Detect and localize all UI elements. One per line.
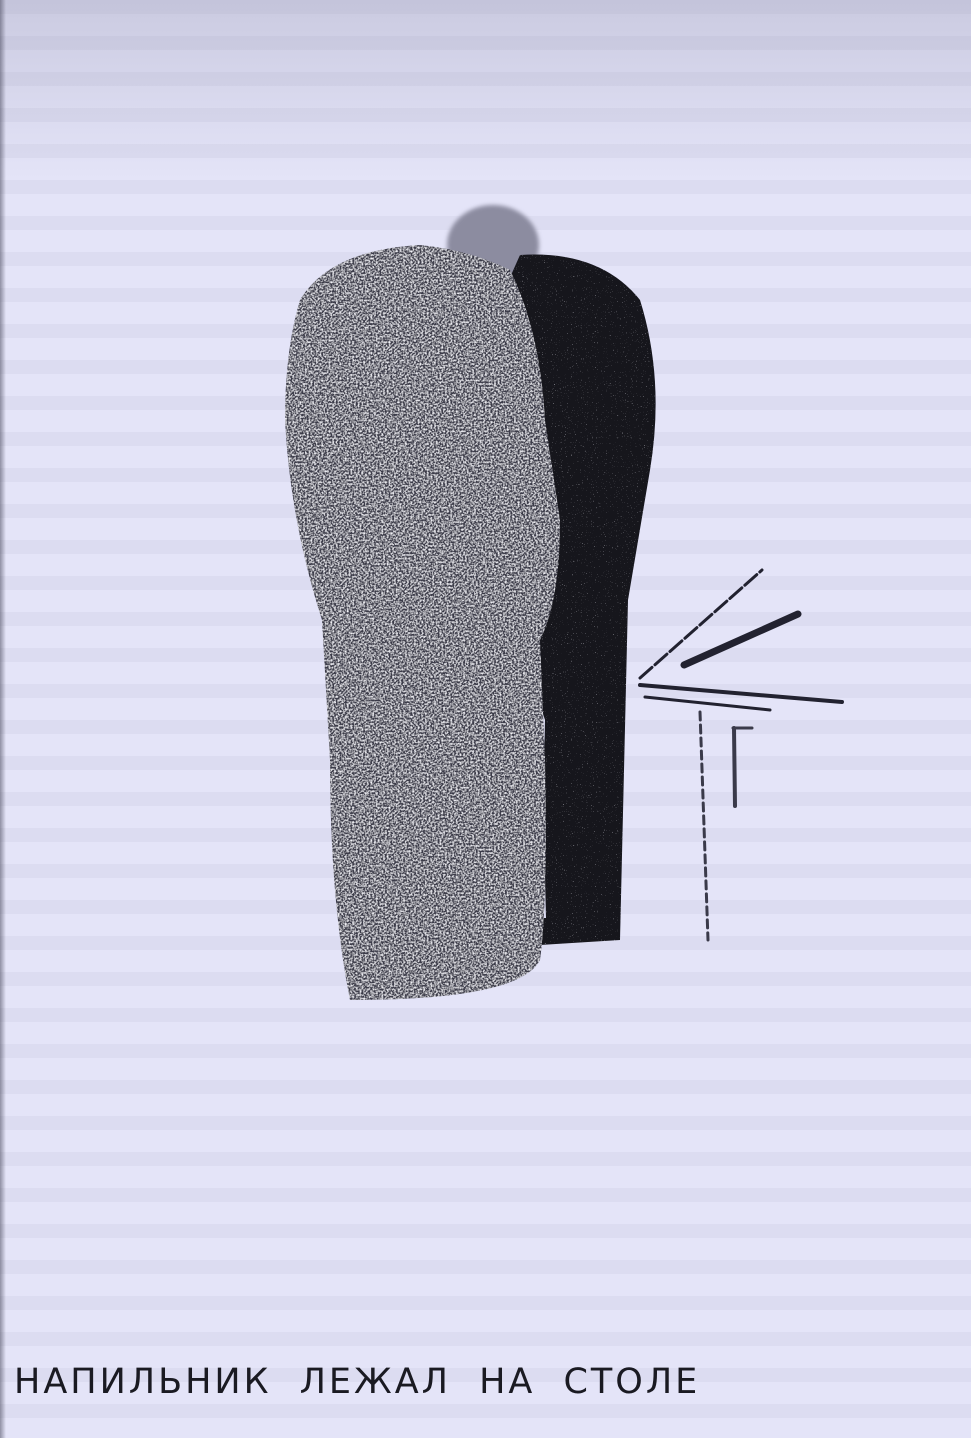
scanned-page: НАПИЛЬНИК ЛЕЖАЛ НА СТОЛЕ — [0, 0, 971, 1438]
table-sketch-icon — [700, 712, 752, 940]
photograph — [0, 0, 971, 1438]
caption: НАПИЛЬНИК ЛЕЖАЛ НА СТОЛЕ — [14, 1362, 700, 1402]
arrow-icon — [640, 570, 842, 710]
person-in-textured-coat — [285, 245, 560, 1000]
